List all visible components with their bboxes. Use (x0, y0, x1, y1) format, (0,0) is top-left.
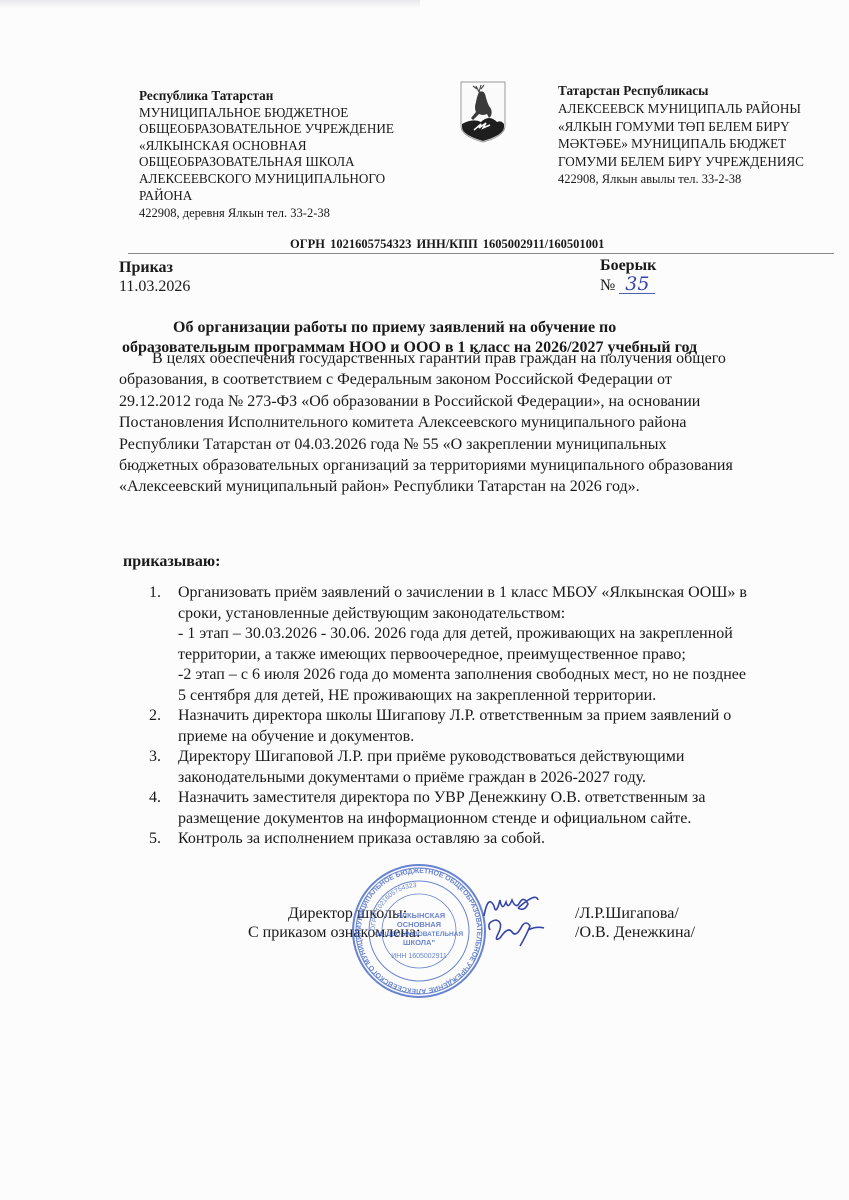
signatory-name: /О.В. Денежкина/ (575, 923, 695, 942)
item-line: сроки, установленные действующим законод… (178, 604, 825, 625)
org-line: ОБЩЕОБРАЗОВАТЕЛЬНОЕ УЧРЕЖДЕНИЕ (139, 121, 439, 138)
item-number: 3. (149, 747, 161, 768)
region-name: Республика Татарстан (139, 88, 439, 105)
item-line: территории, а также имеющих первоочередн… (178, 645, 825, 666)
header-right-tatar: Татарстан Республикасы АЛЕКСЕЕВСК МУНИЦИ… (558, 82, 848, 189)
org-line: «ЯЛКЫНСКАЯ ОСНОВНАЯ (139, 138, 439, 155)
list-item: 4. Назначить заместителя директора по УВ… (145, 788, 825, 829)
svg-text:ИНН 1605002911: ИНН 1605002911 (391, 953, 447, 960)
region-name: Татарстан Республикасы (558, 82, 848, 100)
org-line: РАЙОНА (139, 188, 439, 205)
order-number-row: №35 (600, 275, 656, 295)
item-number: 1. (149, 583, 161, 604)
org-line: ГОМУМИ БЕЛЕМ БИРҮ УЧРЕЖДЕНИЯС (558, 153, 848, 171)
document-page: Республика Татарстан МУНИЦИПАЛЬНОЕ БЮДЖЕ… (0, 0, 849, 1200)
title-line: Об организации работы по приему заявлени… (110, 318, 790, 338)
order-items-list: 1. Организовать приём заявлений о зачисл… (145, 583, 825, 850)
item-number: 5. (149, 829, 161, 850)
org-line: МӘКТӘБЕ» МУНИЦИПАЛЬ БЮДЖЕТ (558, 135, 848, 153)
preamble-line: В целях обеспечения государственных гара… (119, 348, 819, 369)
item-line: приеме на обучение и документов. (178, 727, 825, 748)
preamble-line: 29.12.2012 года № 273-ФЗ «Об образовании… (119, 391, 819, 412)
org-line: АЛЕКСЕЕВСКОГО МУНИЦИПАЛЬНОГО (139, 171, 439, 188)
order-label-tt: Боерык №35 (600, 256, 656, 295)
order-number: 35 (619, 275, 655, 294)
list-item: 3. Директору Шигаповой Л.Р. при приёме р… (145, 747, 825, 788)
org-line: МУНИЦИПАЛЬНОЕ БЮДЖЕТНОЕ (139, 105, 439, 122)
item-line: - 1 этап – 30.03.2026 - 30.06. 2026 года… (178, 624, 825, 645)
org-line: «ЯЛКЫН ГОМУМИ ТӨП БЕЛЕМ БИРҮ (558, 118, 848, 136)
registry-numbers: ОГРН 1021605754323 ИНН/КПП 1605002911/16… (290, 237, 604, 252)
svg-text:ОБЩЕОБРАЗОВАТЕЛЬНАЯ: ОБЩЕОБРАЗОВАТЕЛЬНАЯ (375, 931, 464, 938)
command-word: приказываю: (123, 553, 220, 571)
signatory-name: /Л.Р.Шигапова/ (575, 904, 679, 923)
list-item: 2. Назначить директора школы Шигапову Л.… (145, 706, 825, 747)
org-line: ОБЩЕОБРАЗОВАТЕЛЬНАЯ ШКОЛА (139, 154, 439, 171)
preamble-line: образования, в соответствием с Федеральн… (119, 369, 819, 390)
svg-text:ШКОЛА": ШКОЛА" (403, 938, 435, 947)
item-number: 4. (149, 788, 161, 809)
coat-of-arms-icon (459, 80, 507, 146)
svg-text:ОСНОВНАЯ: ОСНОВНАЯ (397, 920, 441, 929)
preamble-line: Республики Татарстан от 04.03.2026 года … (119, 434, 819, 455)
header-divider (128, 253, 834, 254)
item-line: законодательными документами о приёме гр… (178, 768, 825, 789)
item-number: 2. (149, 706, 161, 727)
list-item: 1. Организовать приём заявлений о зачисл… (145, 583, 825, 706)
item-line: размещение документов на информационном … (178, 809, 825, 830)
address: 422908, Ялкын авылы тел. 33-2-38 (558, 171, 848, 189)
svg-text:"ЯЛКЫНСКАЯ: "ЯЛКЫНСКАЯ (393, 911, 445, 920)
order-type: Приказ (119, 258, 190, 277)
item-line: 5 сентября для детей, НЕ проживающих на … (178, 686, 825, 707)
item-line: Контроль за исполнением приказа оставляю… (178, 829, 825, 850)
preamble-line: бюджетных образовательных организаций за… (119, 455, 819, 476)
preamble-paragraph: В целях обеспечения государственных гара… (119, 348, 819, 498)
scan-artifact (0, 0, 420, 8)
item-line: Организовать приём заявлений о зачислени… (178, 583, 825, 604)
order-label-ru: Приказ 11.03.2026 (119, 258, 190, 296)
preamble-line: Постановления Исполнительного комитета А… (119, 412, 819, 433)
item-line: -2 этап – с 6 июля 2026 года до момента … (178, 665, 825, 686)
list-item: 5. Контроль за исполнением приказа остав… (145, 829, 825, 850)
order-date: 11.03.2026 (119, 277, 190, 296)
org-line: АЛЕКСЕЕВСК МУНИЦИПАЛЬ РАЙОНЫ (558, 100, 848, 118)
number-sign: № (600, 277, 615, 294)
item-line: Назначить директора школы Шигапову Л.Р. … (178, 706, 825, 727)
item-line: Директору Шигаповой Л.Р. при приёме руко… (178, 747, 825, 768)
header-left-russian: Республика Татарстан МУНИЦИПАЛЬНОЕ БЮДЖЕ… (139, 88, 439, 222)
item-line: Назначить заместителя директора по УВР Д… (178, 788, 825, 809)
preamble-line: «Алексеевский муниципальный район» Респу… (119, 476, 819, 497)
school-stamp-icon: МУНИЦИПАЛЬНОЕ БЮДЖЕТНОЕ ОБЩЕОБРАЗОВАТЕЛЬ… (350, 862, 488, 1000)
address: 422908, деревня Ялкын тел. 33-2-38 (139, 205, 439, 222)
handwritten-signature-icon (478, 886, 568, 956)
